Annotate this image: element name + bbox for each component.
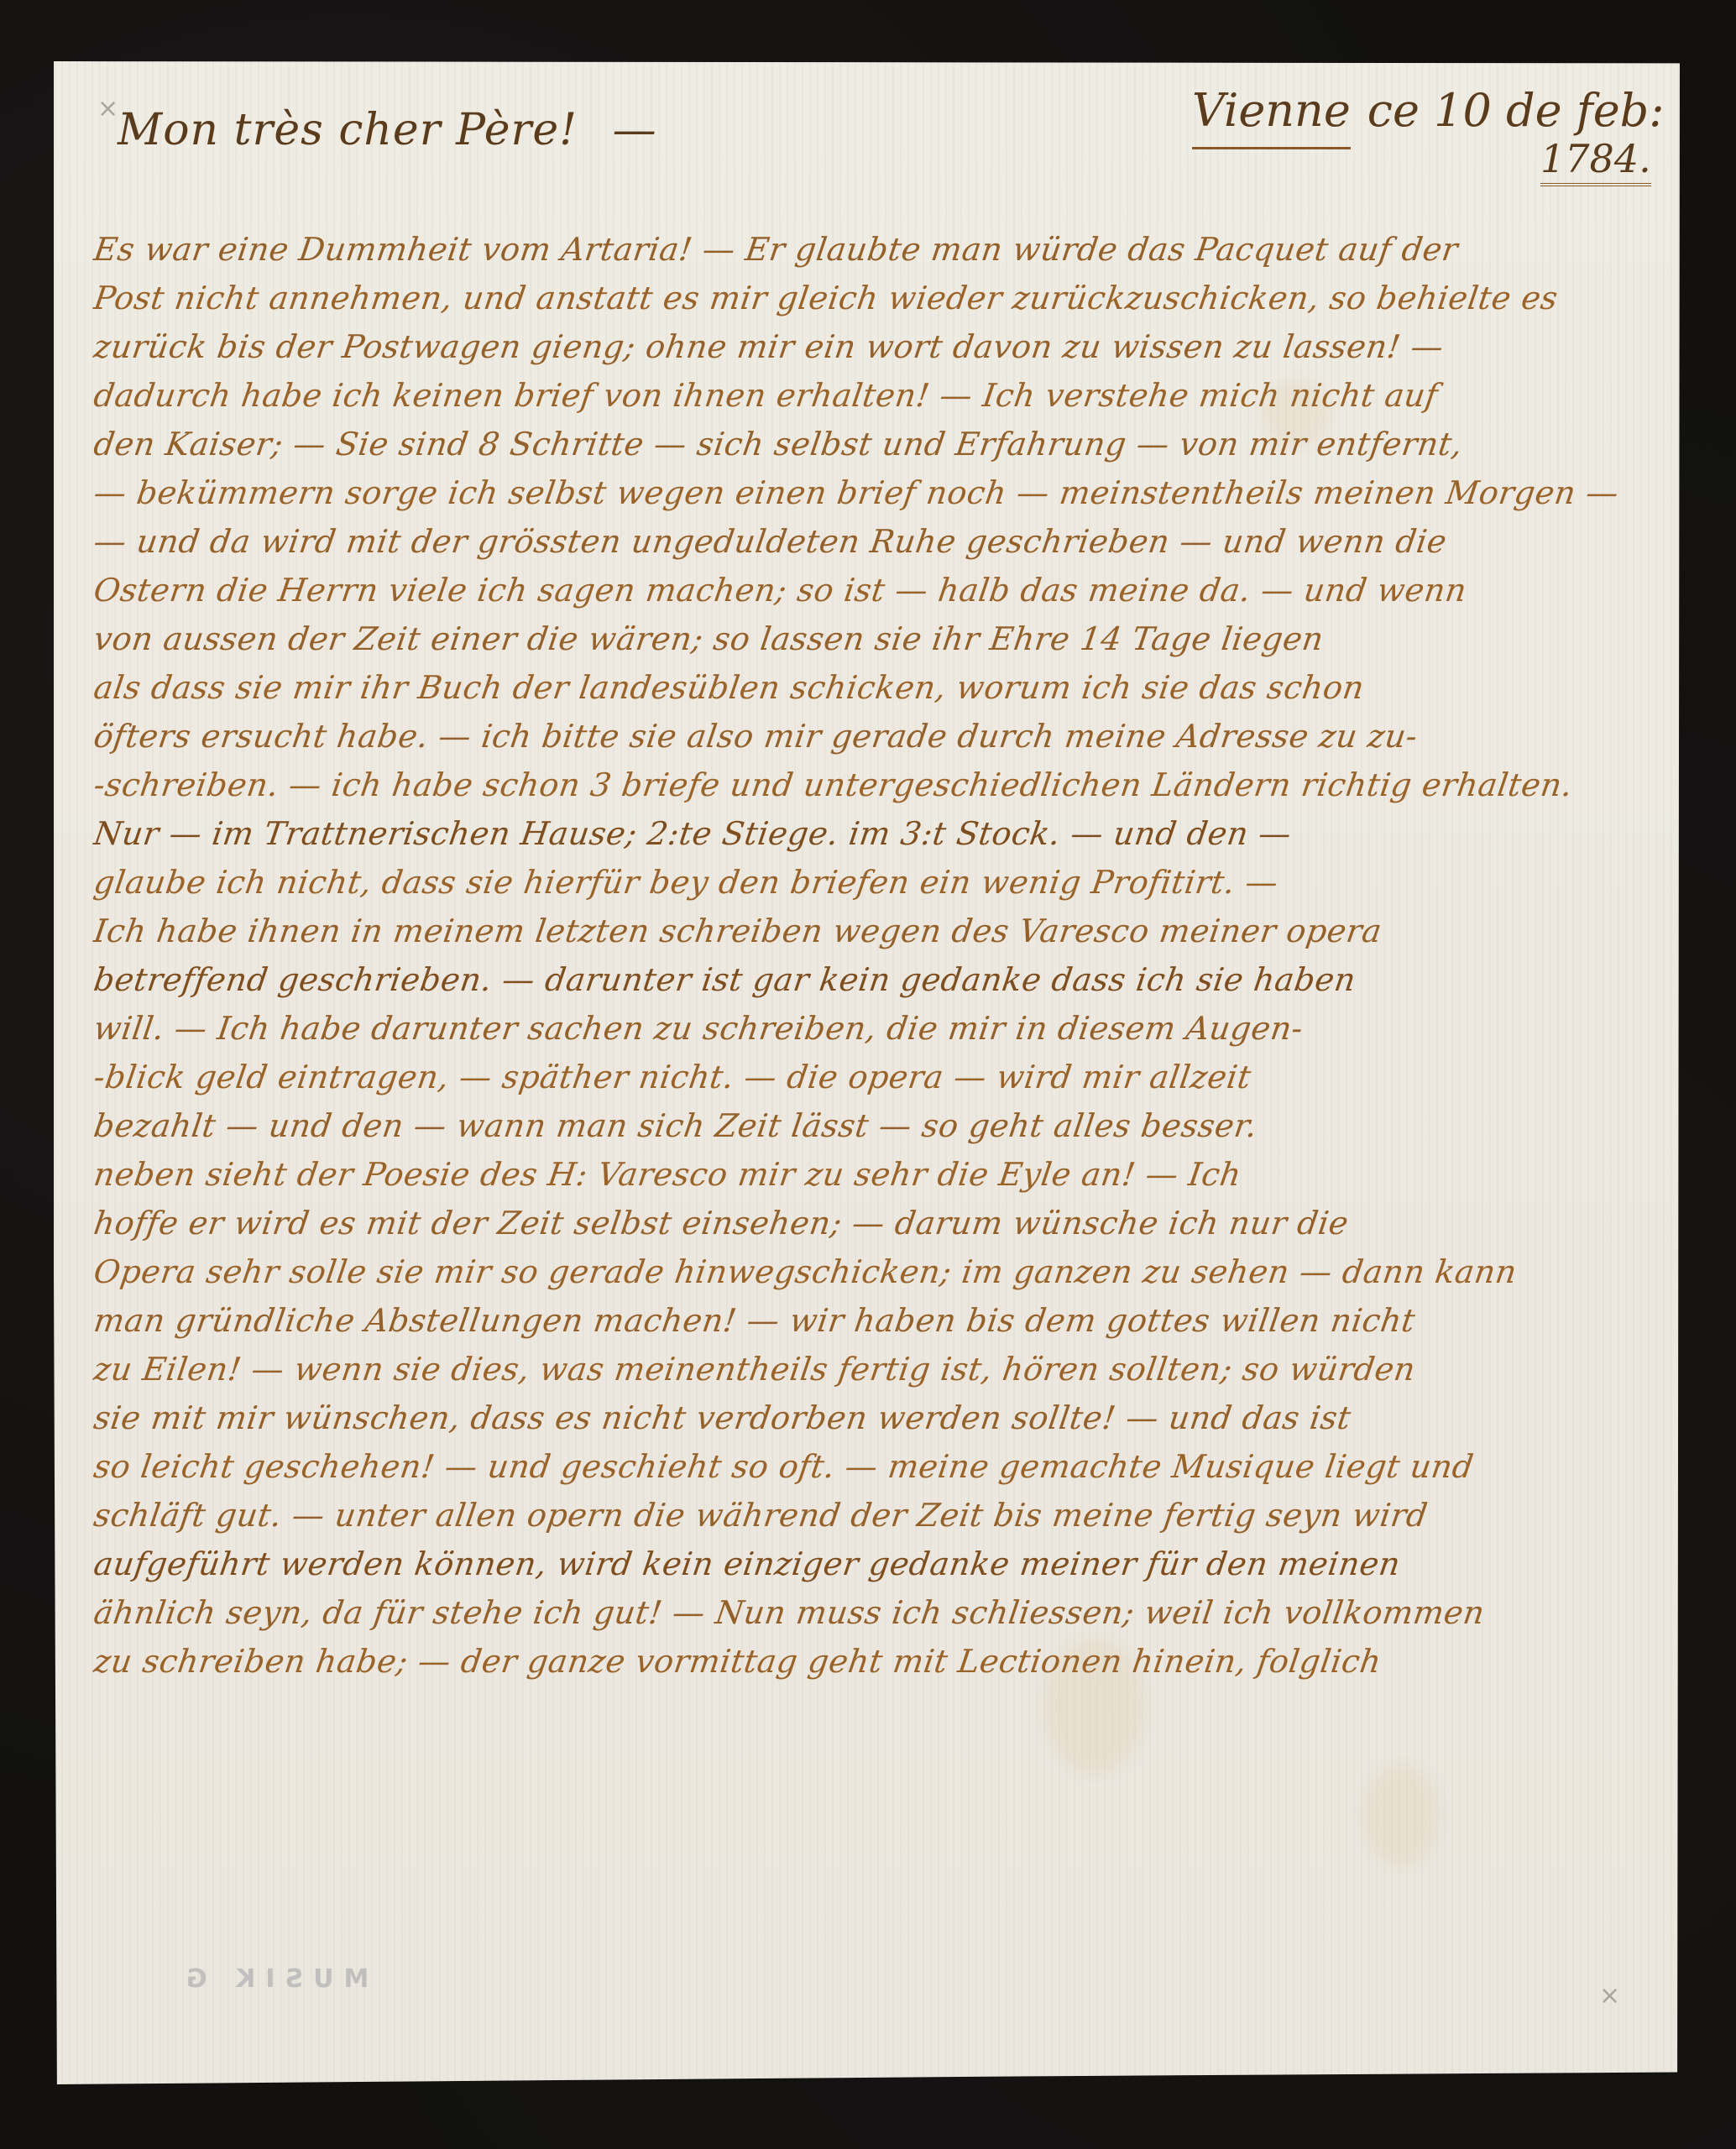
body-line-4: dadurch habe ich keinen brief von ihnen …: [91, 371, 1676, 420]
body-line-19: bezahlt — und den — wann man sich Zeit l…: [91, 1101, 1676, 1150]
body-line-9: von aussen der Zeit einer die wären; so …: [91, 614, 1676, 663]
body-line-11: öfters ersucht habe. — ich bitte sie als…: [91, 712, 1676, 761]
body-line-5: den Kaiser; — Sie sind 8 Schritte — sich…: [91, 420, 1676, 468]
body-line-18: -blick geld eintragen, — späther nicht. …: [91, 1053, 1676, 1101]
body-line-25: sie mit mir wünschen, dass es nicht verd…: [91, 1393, 1676, 1442]
body-line-29: ähnlich seyn, da für stehe ich gut! — Nu…: [91, 1588, 1676, 1637]
salutation-dash: —: [613, 105, 657, 155]
body-line-17: will. — Ich habe darunter sachen zu schr…: [91, 1004, 1676, 1053]
body-line-22: Opera sehr solle sie mir so gerade hinwe…: [91, 1247, 1676, 1296]
body-line-7: — und da wird mit der grössten ungedulde…: [91, 517, 1676, 566]
body-line-6: — bekümmern sorge ich selbst wegen einen…: [91, 468, 1676, 517]
body-line-14: glaube ich nicht, dass sie hierfür bey d…: [91, 858, 1676, 907]
body-line-20: neben sieht der Poesie des H: Varesco mi…: [91, 1150, 1676, 1199]
year: 1784.: [1540, 136, 1651, 186]
body-line-16: betreffend geschrieben. — darunter ist g…: [91, 955, 1676, 1004]
body-line-30: zu schreiben habe; — der ganze vormittag…: [91, 1637, 1676, 1686]
library-stamp: MUSIK G: [176, 1964, 369, 1994]
body-line-13: Nur — im Trattnerischen Hause; 2:te Stie…: [91, 809, 1676, 858]
body-line-15: Ich habe ihnen in meinem letzten schreib…: [91, 907, 1676, 955]
paper-stain: [1363, 1765, 1439, 1866]
body-line-1: Es war eine Dummheit vom Artaria! — Er g…: [91, 225, 1676, 274]
place-and-date: Viennece 10 de feb: 1784.: [1192, 84, 1664, 149]
place-name: Vienne: [1192, 84, 1351, 149]
salutation: Mon très cher Père! —: [118, 105, 657, 155]
date-text: ce 10 de feb:: [1367, 84, 1665, 137]
body-line-3: zurück bis der Postwagen gieng; ohne mir…: [91, 322, 1676, 371]
body-line-10: als dass sie mir ihr Buch der landesüble…: [91, 663, 1676, 712]
letter-body: Es war eine Dummheit vom Artaria! — Er g…: [91, 225, 1669, 1686]
body-line-28: aufgeführt werden können, wird kein einz…: [91, 1540, 1676, 1588]
body-line-27: schläft gut. — unter allen opern die wäh…: [91, 1491, 1676, 1540]
body-line-23: man gründliche Abstellungen machen! — wi…: [91, 1296, 1676, 1345]
salutation-text: Mon très cher Père!: [118, 105, 578, 155]
body-line-2: Post nicht annehmen, und anstatt es mir …: [91, 274, 1676, 322]
body-line-12: -schreiben. — ich habe schon 3 briefe un…: [91, 761, 1676, 809]
pencil-cross-mark-bottom: ×: [1599, 1981, 1620, 2010]
body-line-8: Ostern die Herrn viele ich sagen machen;…: [91, 566, 1676, 614]
body-line-26: so leicht geschehen! — und geschieht so …: [91, 1442, 1676, 1491]
body-line-24: zu Eilen! — wenn sie dies, was meinenthe…: [91, 1345, 1676, 1393]
body-line-21: hoffe er wird es mit der Zeit selbst ein…: [91, 1199, 1676, 1247]
pencil-cross-mark-top: ×: [97, 94, 118, 123]
